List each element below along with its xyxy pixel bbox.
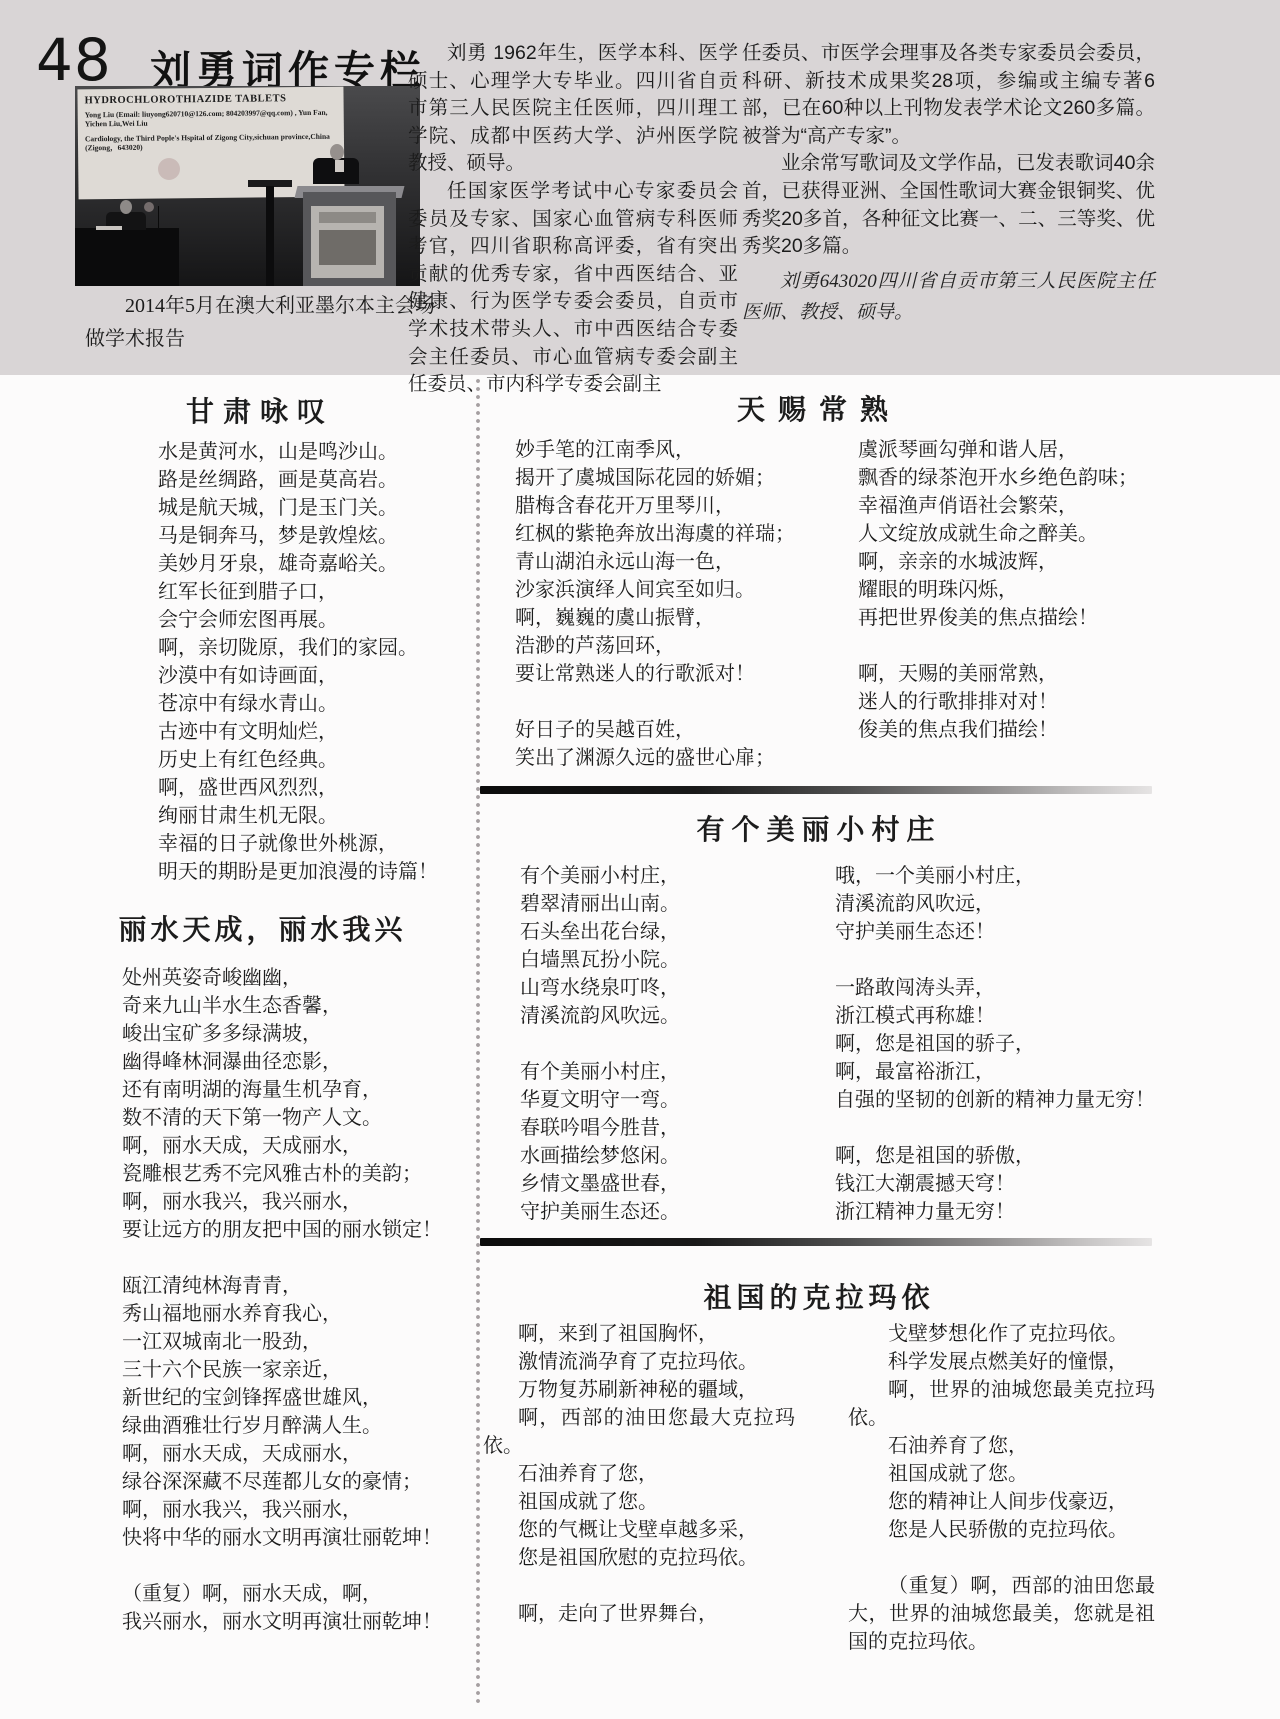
- text-line: 祖国成就了您。: [483, 1488, 795, 1516]
- text-line: 啊，来到了祖国胸怀，: [483, 1320, 795, 1348]
- text-line: [520, 1030, 850, 1058]
- page-number: 48: [36, 26, 112, 94]
- text-line: 路是丝绸路，画是莫高岩。: [158, 466, 458, 494]
- text-line: 新世纪的宝剑锋挥盛世雄风，: [122, 1384, 470, 1412]
- panel-table: [75, 228, 179, 286]
- text-line: 要让常熟迷人的行歌派对！: [515, 660, 845, 688]
- text-line: 万物复苏刷新神秘的疆域，: [483, 1376, 795, 1404]
- text-line: 啊，盛世西风烈烈，: [158, 774, 458, 802]
- text-line: 迷人的行歌排排对对！: [858, 688, 1158, 716]
- text-line: [122, 1552, 470, 1580]
- bio-column-2: 任委员、市医学会理事及各类专家委员会委员，科研、新技术成果奖28项，参编或主编专…: [742, 40, 1155, 261]
- text-line: [848, 1544, 1155, 1572]
- text-line: 再把世界俊美的焦点描绘！: [858, 604, 1158, 632]
- text-line: [858, 632, 1158, 660]
- text-line: 沙家浜演绎人间宾至如归。: [515, 576, 845, 604]
- slide-logo-circle: [158, 158, 180, 180]
- magazine-page: 48 刘勇词作专栏 HYDROCHLOROTHIAZIDE TABLETSYon…: [0, 0, 1280, 1719]
- text-line: 守护美丽生态还！: [835, 918, 1165, 946]
- text-line: 好日子的吴越百姓，: [515, 716, 845, 744]
- text-line: 峻出宝矿多多绿满坡，: [122, 1020, 470, 1048]
- text-line: 啊，最富裕浙江，: [835, 1058, 1165, 1086]
- text-line: 春联吟唱今胜昔，: [520, 1114, 850, 1142]
- text-line: Yong Liu (Email: liuyong620710@126.com; …: [85, 108, 337, 129]
- text-line: 瓷雕根艺秀不完风雅古朴的美韵；: [122, 1160, 470, 1188]
- text-line: 自强的坚韧的创新的精神力量无穷！: [835, 1086, 1165, 1114]
- text-line: 揭开了虞城国际花园的娇媚；: [515, 464, 845, 492]
- text-line: 啊，丽水天成，天成丽水，: [122, 1440, 470, 1468]
- text-line: 祖国成就了您。: [848, 1460, 1155, 1488]
- text-line: 城是航天城，门是玉门关。: [158, 494, 458, 522]
- text-line: 啊，西部的油田您最大克拉玛依。: [483, 1404, 795, 1460]
- poem-title-village: 有个美丽小村庄: [483, 808, 1155, 848]
- bio-column-1: 刘勇 1962年生，医学本科、医学硕士、心理学大专毕业。四川省自贡市第三人民医院…: [408, 40, 738, 399]
- microphone: [158, 206, 160, 228]
- text-line: [483, 1572, 795, 1600]
- text-line: 乡情文墨盛世春，: [520, 1170, 850, 1198]
- panelist-head: [120, 200, 132, 214]
- text-line: HYDROCHLOROTHIAZIDE TABLETS: [85, 92, 337, 108]
- text-line: 戈壁梦想化作了克拉玛依。: [848, 1320, 1155, 1348]
- text-line: 明天的期盼是更加浪漫的诗篇！: [158, 858, 458, 886]
- text-line: 腊梅含春花开万里琴川，: [515, 492, 845, 520]
- text-line: 绿谷深深藏不尽莲都儿女的豪情；: [122, 1468, 470, 1496]
- text-line: （重复）啊，丽水天成，啊，: [122, 1580, 470, 1608]
- poem-title-changshu: 天赐常熟: [483, 388, 1155, 428]
- podium-poster: [311, 206, 383, 278]
- text-line: 幸福的日子就像世外桃源，: [158, 830, 458, 858]
- text-line: 红枫的紫艳奔放出海虞的祥瑞；: [515, 520, 845, 548]
- text-line: 俊美的焦点我们描绘！: [858, 716, 1158, 744]
- text-line: 浙江精神力量无穷！: [835, 1198, 1165, 1226]
- text-line: 幽得峰林洞瀑曲径恋影，: [122, 1048, 470, 1076]
- text-line: 山弯水绕泉叮咚，: [520, 974, 850, 1002]
- text-line: 红军长征到腊子口，: [158, 578, 458, 606]
- text-line: 啊，天赐的美丽常熟，: [858, 660, 1158, 688]
- text-line: 飘香的绿茶泡开水乡绝色韵味；: [858, 464, 1158, 492]
- text-line: 任国家医学考试中心专家委员会委员及专家、国家心血管病专科医师考官，四川省职称高评…: [408, 178, 738, 399]
- text-line: 秀山福地丽水养育我心，: [122, 1300, 470, 1328]
- text-line: 绿曲酒雅壮行岁月醉满人生。: [122, 1412, 470, 1440]
- text-line: 我兴丽水，丽水文明再演壮丽乾坤！: [122, 1608, 470, 1636]
- text-line: 水是黄河水，山是鸣沙山。: [158, 438, 458, 466]
- vertical-divider: [474, 377, 482, 1707]
- text-line: 奇来九山半水生态香馨，: [122, 992, 470, 1020]
- text-line: 啊，您是祖国的骄傲，: [835, 1142, 1165, 1170]
- text-line: 守护美丽生态还。: [520, 1198, 850, 1226]
- text-line: 哦，一个美丽小村庄，: [835, 862, 1165, 890]
- poem-body-lishui: 处州英姿奇峻幽幽，奇来九山半水生态香馨，峻出宝矿多多绿满坡，幽得峰林洞瀑曲径恋影…: [122, 964, 470, 1636]
- text-line: 啊，巍巍的虞山振臂，: [515, 604, 845, 632]
- text-line: 会宁会师宏图再展。: [158, 606, 458, 634]
- text-line: 刘勇 1962年生，医学本科、医学硕士、心理学大专毕业。四川省自贡市第三人民医院…: [408, 40, 738, 178]
- text-line: 耀眼的明珠闪烁，: [858, 576, 1158, 604]
- text-line: 碧翠清丽出山南。: [520, 890, 850, 918]
- text-line: 任委员、市医学会理事及各类专家委员会委员，科研、新技术成果奖28项，参编或主编专…: [742, 40, 1155, 150]
- text-line: 业余常写歌词及文学作品，已发表歌词40余首，已获得亚洲、全国性歌词大赛金银铜奖、…: [742, 150, 1155, 260]
- text-line: 马是铜奔马，梦是敦煌炫。: [158, 522, 458, 550]
- text-line: 虞派琴画勾弹和谐人居，: [858, 436, 1158, 464]
- poem-title-gansu: 甘肃咏叹: [85, 390, 435, 430]
- poem-body-village-right: 哦，一个美丽小村庄，清溪流韵风吹远，守护美丽生态还！一路敢闯涛头弄，浙江模式再称…: [835, 862, 1165, 1226]
- lecture-photo: HYDROCHLOROTHIAZIDE TABLETSYong Liu (Ema…: [75, 86, 420, 286]
- text-line: [835, 946, 1165, 974]
- text-line: （重复）啊，西部的油田您最大，世界的油城您最美，您就是祖国的克拉玛依。: [848, 1572, 1155, 1656]
- text-line: 三十六个民族一家亲近，: [122, 1356, 470, 1384]
- text-line: 还有南明湖的海量生机孕育，: [122, 1076, 470, 1104]
- photo-caption: 2014年5月在澳大利亚墨尔本主会场做学术报告: [85, 290, 435, 356]
- text-line: 清溪流韵风吹远，: [835, 890, 1165, 918]
- poem-body-village-left: 有个美丽小村庄，碧翠清丽出山南。石头垒出花台绿，白墙黑瓦扮小院。山弯水绕泉叮咚，…: [520, 862, 850, 1226]
- text-line: 一江双城南北一股劲，: [122, 1328, 470, 1356]
- text-line: Cardiology, the Third Pople's Hspital of…: [85, 132, 337, 153]
- table-papers: [96, 226, 122, 230]
- text-line: 华夏文明守一弯。: [520, 1086, 850, 1114]
- text-line: 浙江模式再称雄！: [835, 1002, 1165, 1030]
- text-line: 啊，走向了世界舞台，: [483, 1600, 795, 1628]
- slide-logo-circle-small: [144, 202, 154, 212]
- text-line: 有个美丽小村庄，: [520, 862, 850, 890]
- text-line: 啊，亲切陇原，我们的家园。: [158, 634, 458, 662]
- text-line: 妙手笔的江南季风，: [515, 436, 845, 464]
- section-divider-2: [480, 1238, 1152, 1246]
- text-line: 做学术报告: [85, 323, 435, 356]
- text-line: [122, 1244, 470, 1272]
- poem-body-karamay-right: 戈壁梦想化作了克拉玛依。科学发展点燃美好的憧憬，啊，世界的油城您最美克拉玛依。石…: [848, 1320, 1155, 1656]
- text-line: [835, 1114, 1165, 1142]
- poem-body-changshu-right: 虞派琴画勾弹和谐人居，飘香的绿茶泡开水乡绝色韵味；幸福渔声俏语社会繁荣，人文绽放…: [858, 436, 1158, 744]
- projection-screen: HYDROCHLOROTHIAZIDE TABLETSYong Liu (Ema…: [78, 87, 345, 200]
- poster-image: [319, 230, 377, 265]
- text-line: [515, 688, 845, 716]
- text-line: 幸福渔声俏语社会繁荣，: [858, 492, 1158, 520]
- text-line: 2014年5月在澳大利亚墨尔本主会场: [85, 290, 435, 323]
- text-line: 石头垒出花台绿，: [520, 918, 850, 946]
- text-line: 石油养育了您，: [483, 1460, 795, 1488]
- text-line: 古迹中有文明灿烂，: [158, 718, 458, 746]
- text-line: 您是祖国欣慰的克拉玛依。: [483, 1544, 795, 1572]
- text-line: 浩渺的芦荡回环，: [515, 632, 845, 660]
- text-line: 沙漠中有如诗画面，: [158, 662, 458, 690]
- text-line: 人文绽放成就生命之醉美。: [858, 520, 1158, 548]
- text-line: 激情流淌孕育了克拉玛依。: [483, 1348, 795, 1376]
- text-line: 瓯江清纯林海青青，: [122, 1272, 470, 1300]
- text-line: 清溪流韵风吹远。: [520, 1002, 850, 1030]
- text-line: 钱江大潮震撼天穹！: [835, 1170, 1165, 1198]
- text-line: 历史上有红色经典。: [158, 746, 458, 774]
- text-line: 青山湖泊永远山海一色，: [515, 548, 845, 576]
- text-line: 啊，亲亲的水城波辉，: [858, 548, 1158, 576]
- text-line: 要让远方的朋友把中国的丽水锁定！: [122, 1216, 470, 1244]
- text-line: 一路敢闯涛头弄，: [835, 974, 1165, 1002]
- text-line: 科学发展点燃美好的憧憬，: [848, 1348, 1155, 1376]
- author-contact: 刘勇643020四川省自贡市第三人民医院主任医师、教授、硕导。: [742, 266, 1155, 328]
- poem-body-karamay-left: 啊，来到了祖国胸怀，激情流淌孕育了克拉玛依。万物复苏刷新神秘的疆域，啊，西部的油…: [483, 1320, 795, 1628]
- text-line: 快将中华的丽水文明再演壮丽乾坤！: [122, 1524, 470, 1552]
- text-line: 数不清的天下第一物产人文。: [122, 1104, 470, 1132]
- text-line: 白墙黑瓦扮小院。: [520, 946, 850, 974]
- text-line: 苍凉中有绿水青山。: [158, 690, 458, 718]
- text-line: 啊，丽水我兴，我兴丽水，: [122, 1496, 470, 1524]
- text-line: 水画描绘梦悠闲。: [520, 1142, 850, 1170]
- text-line: 您的气概让戈壁卓越多采，: [483, 1516, 795, 1544]
- poem-body-changshu-left: 妙手笔的江南季风，揭开了虞城国际花园的娇媚；腊梅含春花开万里琴川，红枫的紫艳奔放…: [515, 436, 845, 772]
- poster-header: [319, 212, 377, 224]
- lectern-leg: [266, 186, 274, 286]
- text-line: 美妙月牙泉，雄奇嘉峪关。: [158, 550, 458, 578]
- text-line: 处州英姿奇峻幽幽，: [122, 964, 470, 992]
- text-line: 啊，您是祖国的骄子，: [835, 1030, 1165, 1058]
- text-line: 啊，丽水我兴，我兴丽水，: [122, 1188, 470, 1216]
- text-line: 有个美丽小村庄，: [520, 1058, 850, 1086]
- poem-body-gansu: 水是黄河水，山是鸣沙山。路是丝绸路，画是莫高岩。城是航天城，门是玉门关。马是铜奔…: [158, 438, 458, 886]
- text-line: 啊，丽水天成，天成丽水，: [122, 1132, 470, 1160]
- text-line: 绚丽甘肃生机无限。: [158, 802, 458, 830]
- text-line: 笑出了渊源久远的盛世心扉；: [515, 744, 845, 772]
- section-divider-1: [480, 786, 1152, 794]
- text-line: 石油养育了您，: [848, 1432, 1155, 1460]
- speaker-shirt: [335, 160, 344, 172]
- poem-title-karamay: 祖国的克拉玛依: [483, 1276, 1155, 1316]
- poem-title-lishui: 丽水天成，丽水我兴: [80, 908, 445, 948]
- header-band: 48 刘勇词作专栏 HYDROCHLOROTHIAZIDE TABLETSYon…: [0, 0, 1280, 375]
- text-line: 您的精神让人间步伐豪迈，: [848, 1488, 1155, 1516]
- text-line: 啊，世界的油城您最美克拉玛依。: [848, 1376, 1155, 1432]
- text-line: 您是人民骄傲的克拉玛依。: [848, 1516, 1155, 1544]
